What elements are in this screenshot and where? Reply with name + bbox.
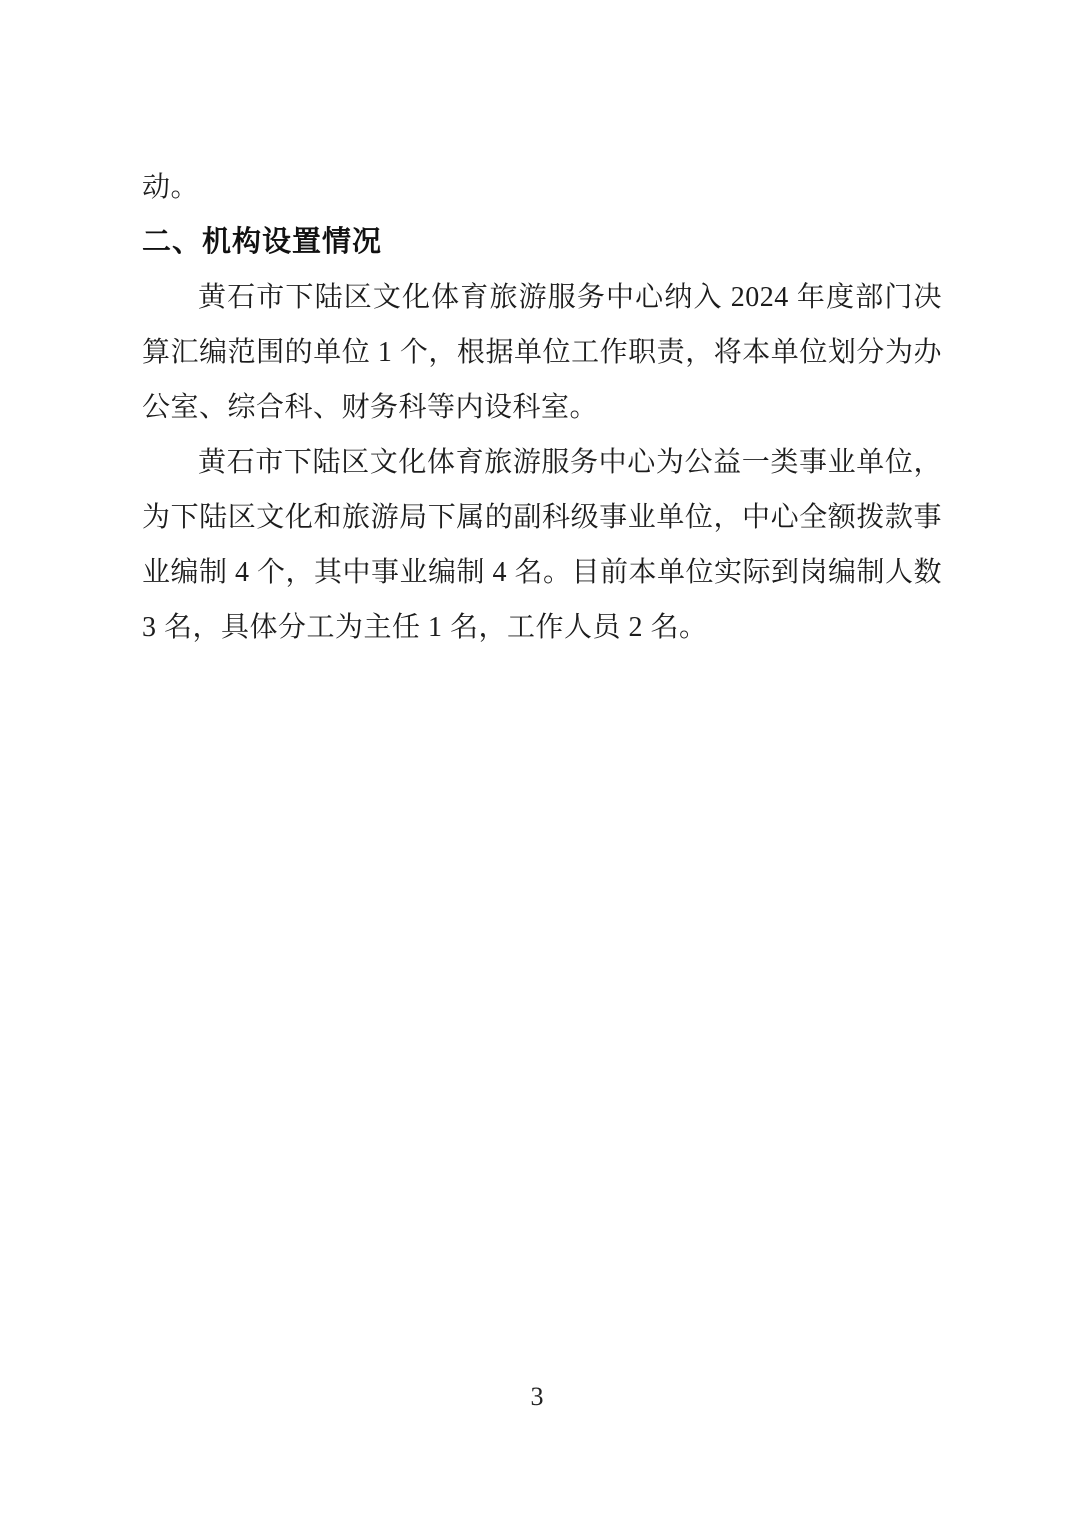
paragraph-2-line-1: 黄石市下陆区文化体育旅游服务中心为公益一类事业单位， [142,435,942,490]
paragraph-2-line-2: 为下陆区文化和旅游局下属的副科级事业单位，中心全额拨款事 [142,490,942,545]
paragraph-1-line-1: 黄石市下陆区文化体育旅游服务中心纳入 2024 年度部门决 [142,270,942,325]
document-page: 动。 二、机构设置情况 黄石市下陆区文化体育旅游服务中心纳入 2024 年度部门… [0,0,1074,1520]
paragraph-1-line-2: 算汇编范围的单位 1 个，根据单位工作职责，将本单位划分为办 [142,325,942,380]
section-heading: 二、机构设置情况 [142,215,942,270]
paragraph-2-line-3: 业编制 4 个，其中事业编制 4 名。目前本单位实际到岗编制人数 [142,545,942,600]
document-body: 动。 二、机构设置情况 黄石市下陆区文化体育旅游服务中心纳入 2024 年度部门… [142,160,942,655]
paragraph-2-line-4: 3 名，具体分工为主任 1 名，工作人员 2 名。 [142,600,942,655]
paragraph-1-line-3: 公室、综合科、财务科等内设科室。 [142,380,942,435]
page-number: 3 [0,1382,1074,1412]
paragraph-tail-line: 动。 [142,160,942,215]
